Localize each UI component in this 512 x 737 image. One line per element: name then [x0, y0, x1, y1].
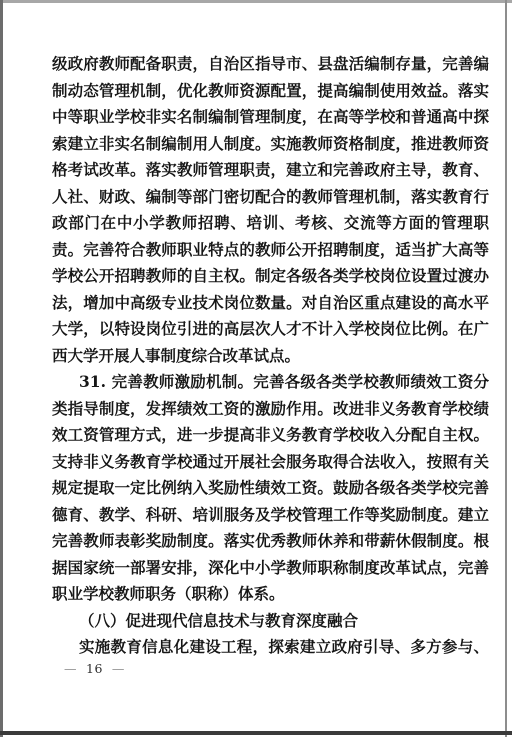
page-top-edge — [0, 0, 512, 3]
footer-dash-left: — — [64, 661, 77, 676]
document-line: 效工资管理方式，进一步提高非义务教育学校收入分配自主权。 — [52, 422, 489, 449]
document-page: 级政府教师配备职责，自治区指导市、县盘活编制存量，完善编 制动态管理机制，优化教… — [0, 0, 512, 737]
document-line: 索建立非实名制编制用人制度。实施教师资格制度，推进教师资 — [52, 131, 489, 158]
document-line: 西大学开展人事制度综合改革试点。 — [52, 343, 489, 370]
section-heading: （八）促进现代信息技术与教育深度融合 — [52, 608, 489, 635]
document-line: 实施教育信息化建设工程，探索建立政府引导、多方参与、 — [52, 634, 489, 661]
document-line: 据国家统一部署安排，深化中小学教师职称制度改革试点，完善 — [52, 555, 489, 582]
document-line: 人社、财政、编制等部门密切配合的教师管理机制，落实教育行 — [52, 184, 489, 211]
footer-page-number: 16 — [86, 661, 103, 676]
document-line: 德育、教学、科研、培训服务及学校管理工作等奖励制度。建立 — [52, 502, 489, 529]
document-line: 级政府教师配备职责，自治区指导市、县盘活编制存量，完善编 — [52, 51, 489, 78]
document-line: 制动态管理机制，优化教师资源配置，提高编制使用效益。落实 — [52, 78, 489, 105]
document-line: 法，增加中高级专业技术岗位数量。对自治区重点建设的高水平 — [52, 290, 489, 317]
page-bottom-edge — [0, 731, 512, 735]
document-line: 大学，以特设岗位引进的高层次人才不计入学校岗位比例。在广 — [52, 316, 489, 343]
document-line: 职业学校教师职务（职称）体系。 — [52, 581, 489, 608]
footer-dash-right: — — [112, 661, 125, 676]
document-line: 支持非义务教育学校通过开展社会服务取得合法收入，按照有关 — [52, 449, 489, 476]
page-number: —16— — [64, 661, 125, 676]
document-text-block: 级政府教师配备职责，自治区指导市、县盘活编制存量，完善编 制动态管理机制，优化教… — [52, 51, 489, 661]
document-line: 完善教师表彰奖励制度。落实优秀教师休养和带薪休假制度。根 — [52, 528, 489, 555]
page-right-edge — [505, 0, 507, 737]
document-line: 中等职业学校非实名制编制管理制度，在高等学校和普通高中探 — [52, 104, 489, 131]
numbered-paragraph-start: 31. 完善教师激励机制。完善各级各类学校教师绩效工资分 — [52, 369, 489, 396]
page-left-edge — [0, 0, 3, 737]
document-line: 责。完善符合教师职业特点的教师公开招聘制度，适当扩大高等 — [52, 237, 489, 264]
document-line: 类指导制度，发挥绩效工资的激励作用。改进非义务教育学校绩 — [52, 396, 489, 423]
document-line: 政部门在中小学教师招聘、培训、考核、交流等方面的管理职 — [52, 210, 489, 237]
document-line: 学校公开招聘教师的自主权。制定各级各类学校岗位设置过渡办 — [52, 263, 489, 290]
document-line: 格考试改革。落实教师管理职责，建立和完善政府主导，教育、 — [52, 157, 489, 184]
document-line: 规定提取一定比例纳入奖励性绩效工资。鼓励各级各类学校完善 — [52, 475, 489, 502]
